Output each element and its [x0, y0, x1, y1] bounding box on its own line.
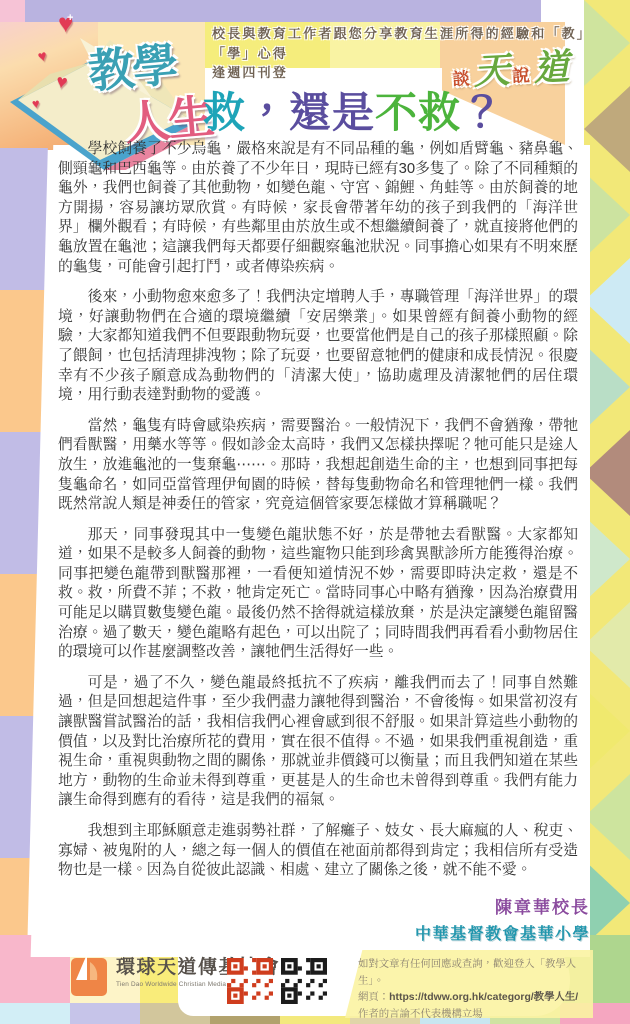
title-segment: 還是 — [289, 89, 375, 136]
title-segment: 救 — [203, 89, 246, 136]
signature-block: 陳章華校長 中華基督教會基華小學 — [260, 893, 590, 944]
plus-icon: + — [67, 12, 73, 24]
mosaic-triangle — [584, 344, 630, 430]
badge-char: 道 — [532, 46, 568, 89]
article-paragraph: 那天，同事發現其中一隻變色龍狀態不好，於是帶牠去看獸醫。大家都知道，如果不是較多… — [58, 526, 578, 663]
footer-note-line1: 如對文章有任何回應或查詢，歡迎登入「教學人生」。 — [358, 957, 590, 990]
footer-url-label: 網頁： — [358, 992, 389, 1003]
heart-icon: ♥ — [31, 96, 41, 112]
bg-right-triangle-strip — [584, 0, 630, 1024]
article-paragraph: 學校飼養了不少烏龜，嚴格來說是有不同品種的龜，例如盾臂龜、豬鼻龜、側頸龜和巴西龜… — [58, 140, 578, 277]
badge-char: 說 — [512, 66, 530, 86]
org-logo-icon — [70, 952, 108, 996]
article-paragraph: 當然，龜隻有時會感染疾病，需要醫治。一般情況下，我們不會猶豫，帶牠們看獸醫，用藥… — [58, 417, 578, 515]
mosaic-square — [0, 1003, 70, 1024]
article-paragraph: 可是，過了不久，變色龍最終抵抗不了疾病，離我們而去了！同事自然難過，但是回想起這… — [58, 674, 578, 811]
qr-code-red — [227, 958, 273, 1004]
mosaic-triangle — [584, 430, 630, 516]
author-name: 陳章華校長 — [260, 893, 590, 918]
page-title: 救，還是不救？ — [203, 80, 504, 140]
qr-code-black — [281, 958, 327, 1004]
leaflet-page: ♥ + ♥ ♥ ♥ 教學 人生 校長與教育工作者跟您分享教育生涯所得的經驗和「教… — [0, 0, 630, 1024]
mosaic-triangle — [584, 688, 630, 774]
mosaic-triangle — [584, 860, 630, 946]
article-body: 學校飼養了不少烏龜，嚴格來說是有不同品種的龜，例如盾臂龜、豬鼻龜、側頸龜和巴西龜… — [58, 140, 578, 892]
article-paragraph: 我想到主耶穌願意走進弱勢社群，了解癱子、妓女、長大麻瘋的人、稅吏、寡婦、被鬼附的… — [58, 822, 578, 881]
footer-note-line3: 作者的言論不代表機構立場 — [358, 1007, 590, 1024]
footer-note: 如對文章有任何回應或查詢，歡迎登入「教學人生」。 網頁：https://tdww… — [358, 957, 590, 1024]
mosaic-triangle — [584, 774, 630, 860]
mosaic-triangle — [584, 602, 630, 688]
mosaic-triangle — [584, 172, 630, 258]
title-segment: 不救 — [375, 89, 461, 136]
footer-url-link[interactable]: https://tdww.org.hk/categorg/教學人生/ — [389, 992, 578, 1003]
article-paragraph: 後來，小動物愈來愈多了！我們決定增聘人手，專職管理「海洋世界」的環境，好讓動物們… — [58, 288, 578, 406]
title-segment: ， — [246, 89, 289, 136]
footer-note-line2: 網頁：https://tdww.org.hk/categorg/教學人生/ — [358, 990, 590, 1007]
mosaic-triangle — [584, 86, 630, 172]
author-school: 中華基督教會基華小學 — [260, 921, 590, 944]
title-segment: ？ — [461, 89, 504, 136]
mosaic-square — [70, 1003, 140, 1024]
mosaic-triangle — [584, 516, 630, 602]
mosaic-triangle — [584, 258, 630, 344]
